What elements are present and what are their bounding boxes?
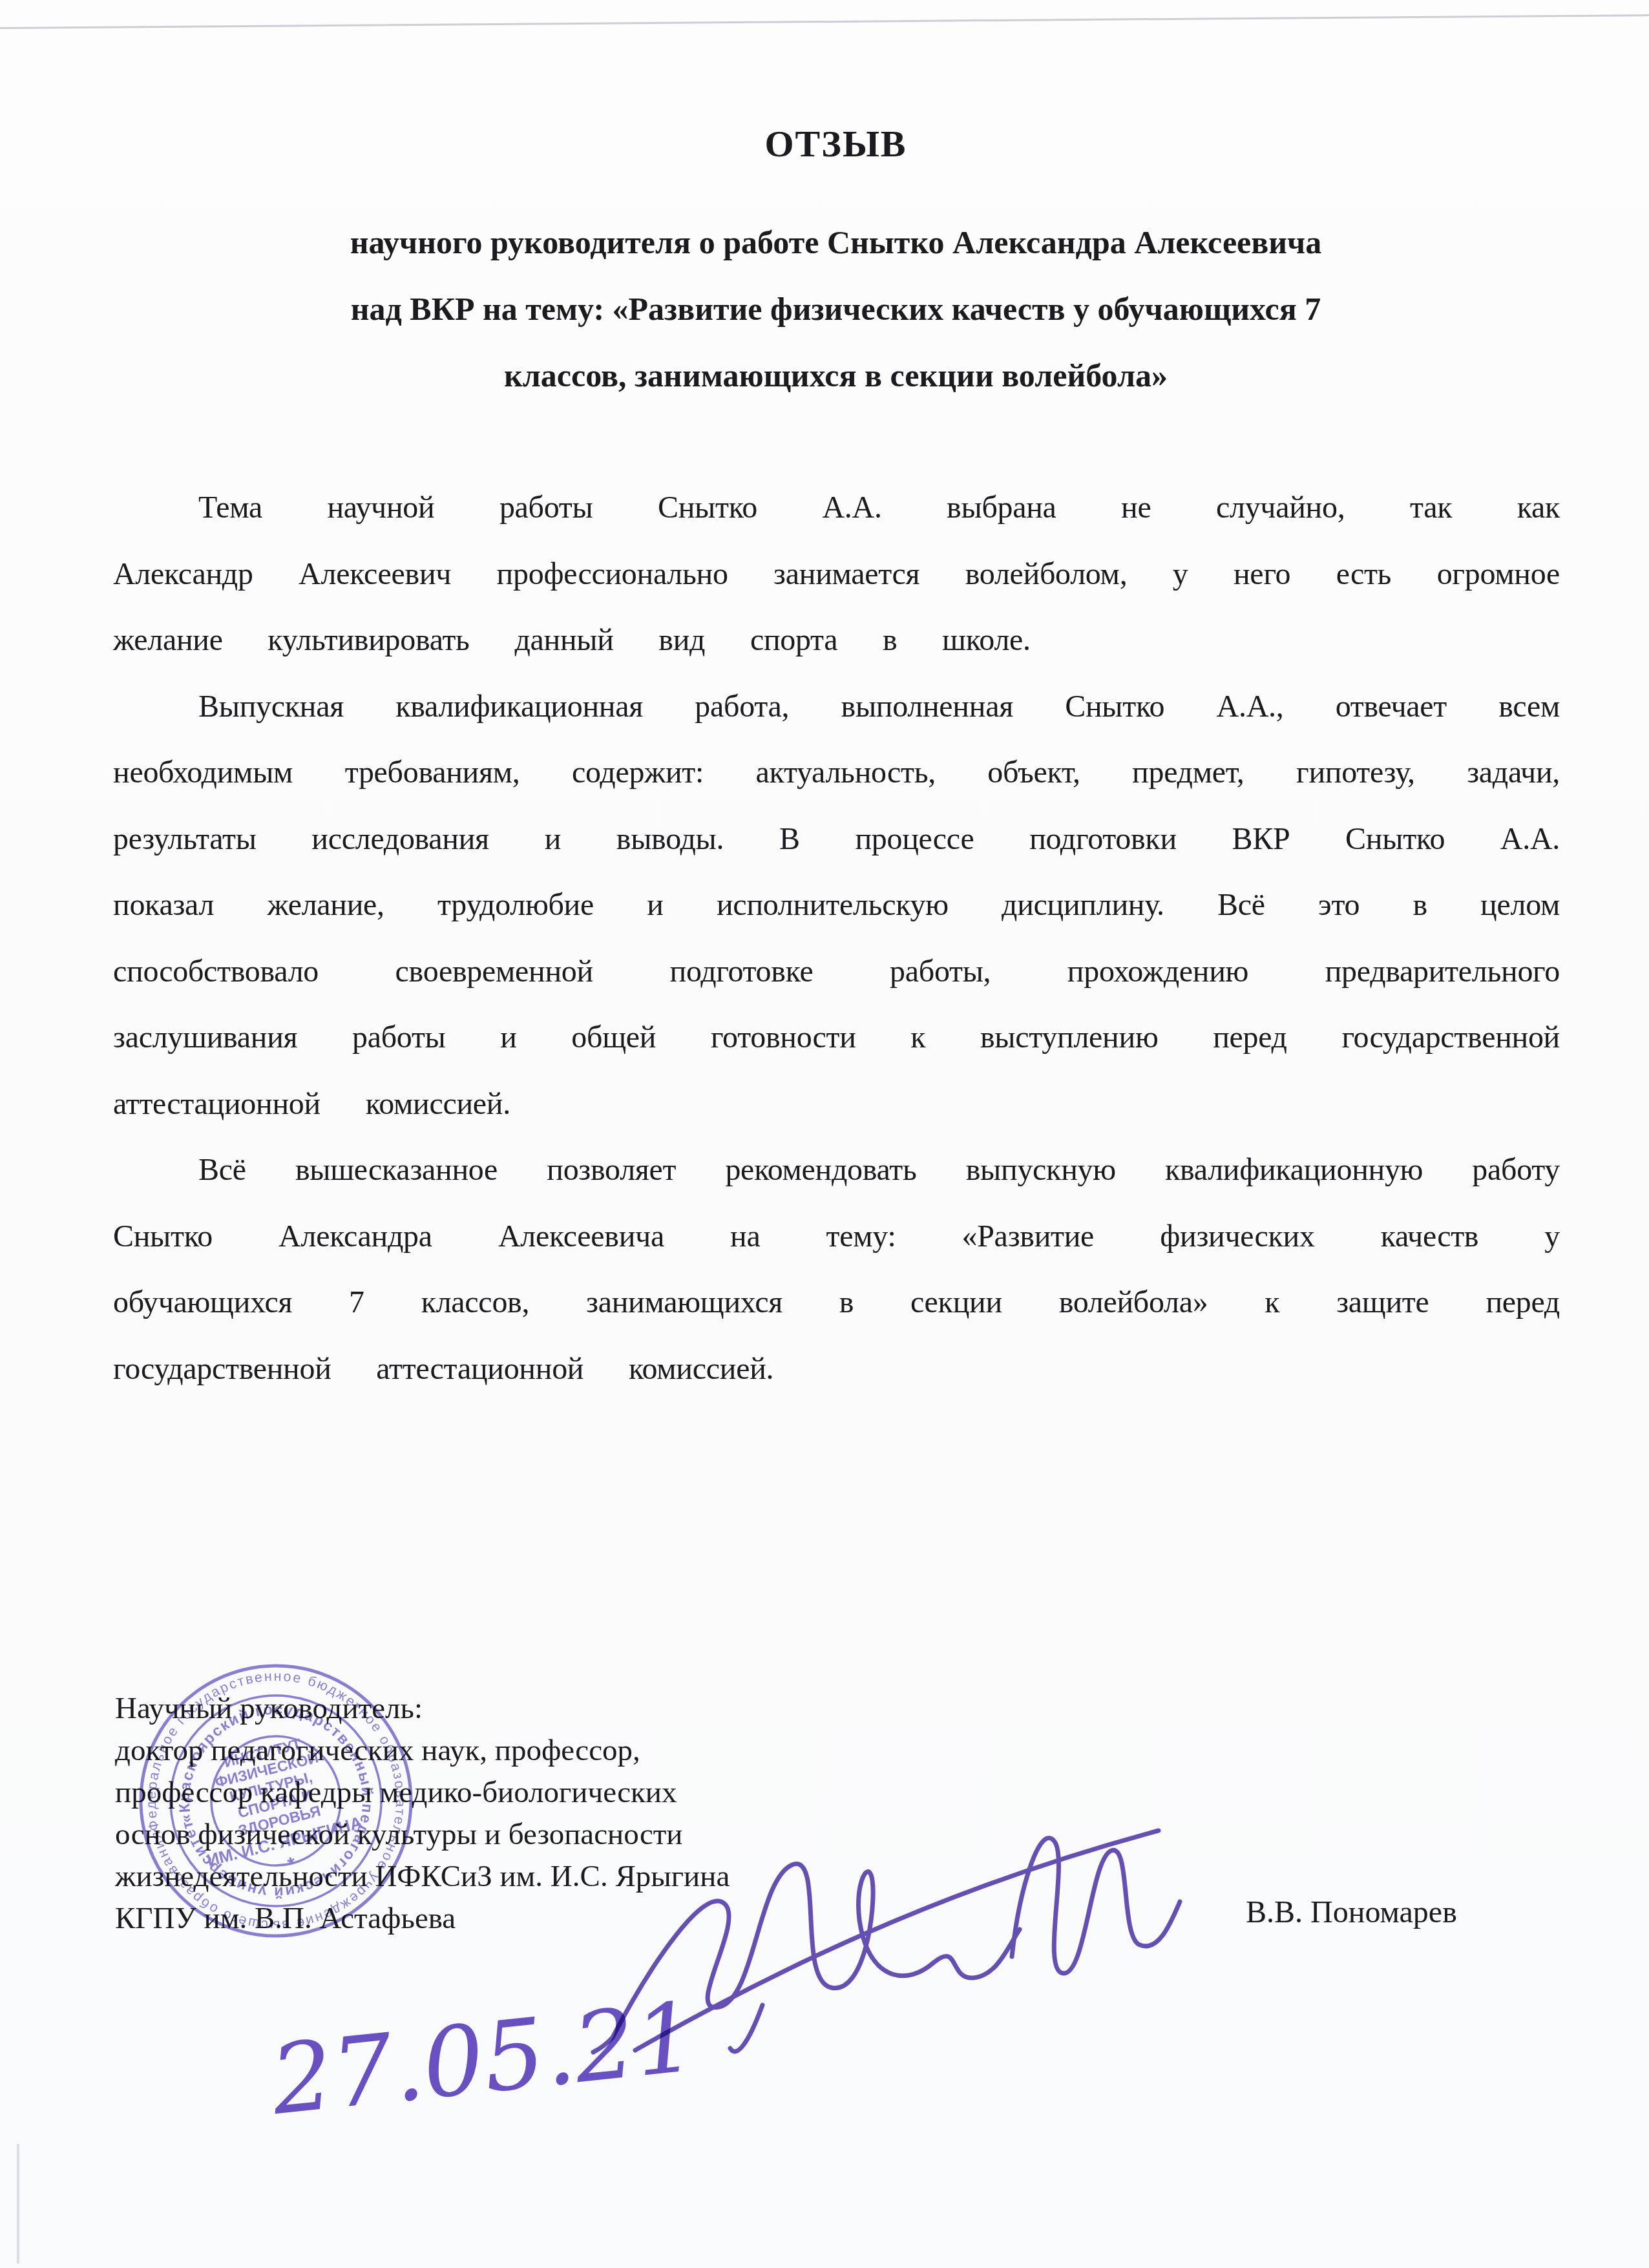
document-subtitle-line: классов, занимающихся в секции волейбола… [113,342,1559,409]
scan-page-top-edge [0,14,1649,30]
document-subtitle-line: над ВКР на тему: «Развитие физических ка… [113,276,1559,342]
document-heading: ОТЗЫВ научного руководителя о работе Сны… [113,121,1559,409]
signer-name: В.В. Пономарев [1246,1895,1457,1930]
svg-text:27.05.21г: 27.05.21г [266,1985,680,2136]
scan-page-left-edge [17,2144,19,2263]
handwritten-date: 27.05.21г [253,1985,680,2147]
paragraph: Всё вышесказанное позволяет рекомендоват… [113,1137,1560,1402]
paragraph: Тема научной работы Снытко А.А. выбрана … [113,475,1560,674]
document-subtitle-line: научного руководителя о работе Снытко Ал… [113,209,1559,276]
scanned-document-page: { "document": { "kind_label": "ОТЗЫВ", "… [0,0,1649,2268]
paragraph: Выпускная квалификационная работа, выпол… [113,674,1560,1138]
document-title: ОТЗЫВ [113,121,1559,167]
document-body: Тема научной работы Снытко А.А. выбрана … [113,475,1560,1402]
official-stamp: Федеральное государственное бюджетное об… [134,1659,417,1942]
